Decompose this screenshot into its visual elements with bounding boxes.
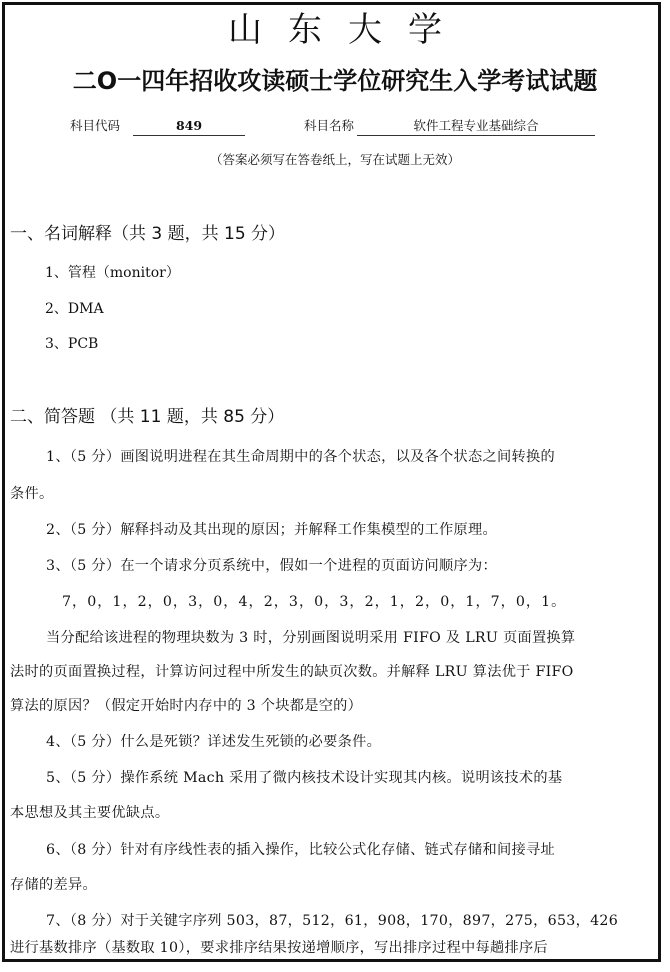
- subject-name-label: 科目名称: [304, 116, 354, 136]
- subject-code-value: 849: [133, 116, 245, 136]
- exam-title: 二O一四年招收攻读硕士学位研究生入学考试试题: [0, 64, 670, 98]
- question-line: 本思想及其主要优缺点。: [10, 802, 169, 824]
- question-line: 3、（5 分）在一个请求分页系统中，假如一个进程的页面访问顺序为：: [46, 555, 497, 577]
- university-title: 山东大学: [0, 8, 670, 52]
- subject-name-value: 软件工程专业基础综合: [357, 116, 595, 136]
- term-item: 2、DMA: [45, 298, 104, 320]
- question-line: 当分配给该进程的物理块数为 3 时，分别画图说明采用 FIFO 及 LRU 页面…: [46, 627, 575, 649]
- question-line: 存储的差异。: [10, 874, 97, 896]
- question-line: 5、（5 分）操作系统 Mach 采用了微内核技术设计实现其内核。说明该技术的基: [46, 767, 562, 789]
- question-line: 6、（8 分）针对有序线性表的插入操作，比较公式化存储、链式存储和间接寻址: [46, 839, 555, 861]
- page-reference-sequence: 7，0，1，2，0，3，0，4，2，3，0，3，2，1，2，0，1，7，0，1。: [62, 591, 566, 613]
- term-item: 3、PCB: [45, 333, 98, 355]
- question-line: 4、（5 分）什么是死锁？详述发生死锁的必要条件。: [46, 731, 381, 753]
- section-heading-short-answer: 二、简答题 （共 11 题，共 85 分）: [10, 404, 284, 430]
- question-line: 法时的页面置换过程，计算访问过程中所发生的缺页次数。并解释 LRU 算法优于 F…: [10, 661, 574, 683]
- question-line: 条件。: [10, 483, 53, 505]
- question-line: 2、（5 分）解释抖动及其出现的原因；并解释工作集模型的工作原理。: [46, 519, 497, 541]
- subject-code-label: 科目代码: [70, 116, 120, 136]
- answer-notice: （答案必须写在答卷纸上，写在试题上无效）: [0, 150, 670, 170]
- question-line: 1、（5 分）画图说明进程在其生命周期中的各个状态，以及各个状态之间转换的: [46, 446, 555, 468]
- question-line: 进行基数排序（基数取 10），要求排序结果按递增顺序，写出排序过程中每趟排序后: [10, 937, 548, 959]
- section-heading-terms: 一、名词解释（共 3 题，共 15 分）: [10, 221, 285, 247]
- question-line: 算法的原因？（假定开始时内存中的 3 个块都是空的）: [10, 695, 362, 717]
- term-item: 1、管程（monitor）: [45, 262, 180, 284]
- question-line: 7、（8 分）对于关键字序列 503，87，512，61，908，170，897…: [46, 910, 618, 932]
